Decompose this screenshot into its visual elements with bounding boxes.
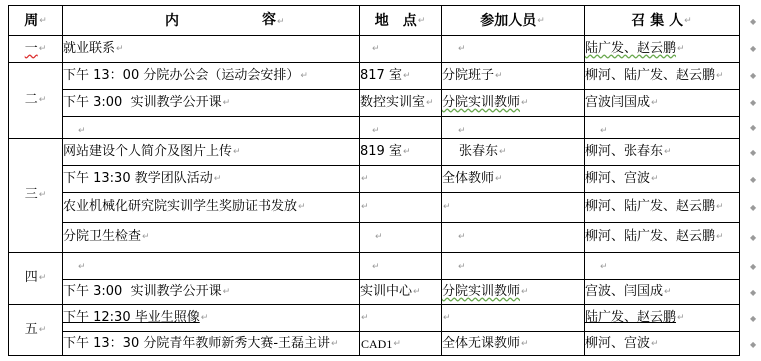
paragraph-mark-icon: ↵ <box>223 96 231 110</box>
paragraph-mark-icon: ↵ <box>361 172 369 186</box>
participants-cell: 分院实训教师↵ <box>442 279 529 304</box>
header-participants-label: 参加人员 <box>480 14 536 28</box>
location-text: 817 室 <box>360 69 402 83</box>
participants-text: 分院实训教师 <box>442 285 520 299</box>
day-label: 四 <box>25 271 38 285</box>
row-end-mark-icon: ◆ <box>750 123 756 132</box>
day-cell-fri: 五↵ <box>9 304 62 356</box>
paragraph-mark-icon: ↵ <box>677 311 685 325</box>
participants-cell: 张春东↵ <box>459 138 507 165</box>
paragraph-mark-icon: ↵ <box>651 337 659 351</box>
header-participants: 参加人员↵ <box>441 6 584 35</box>
participants-text: 全体教师 <box>442 172 494 186</box>
paragraph-mark-icon: ↵ <box>39 323 47 337</box>
row-end-mark-icon: ◆ <box>750 44 756 53</box>
paragraph-mark-icon: ↵ <box>331 337 339 351</box>
row-end-mark-icon: ◆ <box>750 288 756 297</box>
header-content-label-b: 容 <box>262 12 276 28</box>
header-content-label-a: 内 <box>165 14 179 28</box>
paragraph-mark-icon: ↵ <box>495 172 503 186</box>
convener-text: 陆广发、赵云鹏 <box>585 42 676 56</box>
convener-cell: 柳河、宫波↵ <box>585 331 659 356</box>
content-cell: 下午 13：30 分院青年教师新秀大赛-王磊主讲↵ <box>63 331 339 356</box>
location-cell: ↵ <box>371 35 380 62</box>
paragraph-mark-icon: ↵ <box>458 124 466 138</box>
paragraph-mark-icon: ↵ <box>664 145 672 159</box>
paragraph-mark-icon: ↵ <box>716 69 724 83</box>
paragraph-mark-icon: ↵ <box>495 69 503 83</box>
location-cell: ↵ <box>360 304 369 331</box>
content-text: 下午 3:00 实训教学公开课 <box>63 285 222 299</box>
paragraph-mark-icon: ↵ <box>716 230 724 244</box>
content-text: 下午 13:30 教学团队活动 <box>63 172 213 186</box>
day-label: 三 <box>25 188 38 202</box>
header-location-label: 地 点 <box>375 14 417 28</box>
paragraph-mark-icon: ↵ <box>443 200 451 214</box>
location-text: 数控实训室 <box>360 96 425 110</box>
paragraph-mark-icon: ↵ <box>499 145 507 159</box>
day-cell-thu: 四↵ <box>9 252 62 304</box>
paragraph-mark-icon: ↵ <box>716 200 724 214</box>
paragraph-mark-icon: ↵ <box>277 17 285 27</box>
convener-cell: ↵ <box>599 254 608 279</box>
content-cell: 下午 13：00 分院办公会（运动会安排）↵ <box>63 62 308 89</box>
content-text: 下午 13：00 分院办公会（运动会安排） <box>63 69 299 83</box>
convener-text: 柳河、张春东 <box>585 145 663 159</box>
participants-cell: 分院实训教师↵ <box>442 89 529 116</box>
paragraph-mark-icon: ↵ <box>39 93 47 107</box>
location-cell: ↵ <box>360 165 369 192</box>
participants-cell: ↵ <box>442 304 451 331</box>
paragraph-mark-icon: ↵ <box>418 14 426 28</box>
header-week: 周↵ <box>9 6 62 35</box>
paragraph-mark-icon: ↵ <box>39 42 47 56</box>
convener-cell: 宫波、闫国成↵ <box>585 279 672 304</box>
convener-cell: 柳河、陆广发、赵云鹏↵ <box>585 192 724 222</box>
paragraph-mark-icon: ↵ <box>39 188 47 202</box>
schedule-table: 周↵ 内 容↵ 地 点↵ 参加人员↵ 召 集 人↵ 一↵ 二↵ 三↵ 四↵ 五↵… <box>8 5 740 356</box>
paragraph-mark-icon: ↵ <box>298 200 306 214</box>
participants-text: 全体无课教师 <box>442 337 520 351</box>
paragraph-mark-icon: ↵ <box>201 311 209 325</box>
content-text: 下午 3:00 实训教学公开课 <box>63 96 222 110</box>
participants-text: 分院实训教师 <box>442 96 520 110</box>
content-text: 下午 12:30 毕业生照像 <box>63 311 200 325</box>
row-end-mark-icon: ◆ <box>750 262 756 271</box>
paragraph-mark-icon: ↵ <box>375 230 383 244</box>
convener-cell: 宫波闫国成↵ <box>585 89 659 116</box>
day-label: 一 <box>25 42 38 56</box>
row-divider <box>9 252 739 253</box>
location-cell: 819 室↵ <box>360 138 411 165</box>
location-cell: 数控实训室↵ <box>360 89 434 116</box>
header-content: 内 容↵ <box>62 6 359 35</box>
participants-cell: 全体无课教师↵ <box>442 331 529 356</box>
convener-text: 柳河、宫波 <box>585 172 650 186</box>
content-text: 网站建设个人简介及图片上传 <box>63 145 232 159</box>
content-cell: ↵ <box>77 254 86 279</box>
header-convener: 召 集 人↵ <box>584 6 739 35</box>
content-cell: 分院卫生检查↵ <box>63 222 150 252</box>
row-end-mark-icon: ◆ <box>750 17 756 26</box>
convener-cell: 陆广发、赵云鹏↵ <box>585 35 685 62</box>
convener-text: 宫波闫国成 <box>585 96 650 110</box>
paragraph-mark-icon: ↵ <box>223 285 231 299</box>
content-cell: 就业联系↵ <box>63 35 124 62</box>
paragraph-mark-icon: ↵ <box>233 145 241 159</box>
paragraph-mark-icon: ↵ <box>458 230 466 244</box>
convener-text: 柳河、宫波 <box>585 337 650 351</box>
day-cell-tue: 二↵ <box>9 62 62 138</box>
content-cell: 下午 3:00 实训教学公开课↵ <box>63 279 230 304</box>
content-text: 分院卫生检查 <box>63 230 141 244</box>
paragraph-mark-icon: ↵ <box>537 14 545 28</box>
day-cell-wed: 三↵ <box>9 138 62 252</box>
location-cell: CAD1↵ <box>361 331 401 356</box>
header-week-label: 周 <box>24 14 38 28</box>
paragraph-mark-icon: ↵ <box>372 42 380 56</box>
day-label: 二 <box>25 93 38 107</box>
row-divider <box>62 116 739 117</box>
paragraph-mark-icon: ↵ <box>677 42 685 56</box>
participants-cell: ↵ <box>442 192 451 222</box>
participants-cell: ↵ <box>457 222 466 252</box>
paragraph-mark-icon: ↵ <box>372 124 380 138</box>
location-cell: 817 室↵ <box>360 62 411 89</box>
participants-cell: ↵ <box>457 254 466 279</box>
convener-cell: 柳河、张春东↵ <box>585 138 672 165</box>
content-text: 就业联系 <box>63 42 115 56</box>
convener-cell: 陆广发、赵云鹏↵ <box>585 304 685 331</box>
content-cell: 下午 3:00 实训教学公开课↵ <box>63 89 230 116</box>
convener-cell: 柳河、陆广发、赵云鹏↵ <box>585 222 724 252</box>
content-cell: 下午 12:30 毕业生照像↵ <box>63 304 208 331</box>
location-cell: ↵ <box>360 192 369 222</box>
paragraph-mark-icon: ↵ <box>361 311 369 325</box>
paragraph-mark-icon: ↵ <box>142 230 150 244</box>
paragraph-mark-icon: ↵ <box>413 285 421 299</box>
paragraph-mark-icon: ↵ <box>39 14 47 28</box>
paragraph-mark-icon: ↵ <box>651 96 659 110</box>
content-text: 下午 13：30 分院青年教师新秀大赛-王磊主讲 <box>63 337 330 351</box>
paragraph-mark-icon: ↵ <box>403 145 411 159</box>
row-end-mark-icon: ◆ <box>750 148 756 157</box>
paragraph-mark-icon: ↵ <box>651 172 659 186</box>
participants-cell: 全体教师↵ <box>442 165 503 192</box>
paragraph-mark-icon: ↵ <box>684 14 692 28</box>
paragraph-mark-icon: ↵ <box>214 172 222 186</box>
row-end-mark-icon: ◆ <box>750 314 756 323</box>
day-label: 五 <box>25 323 38 337</box>
location-cell: 实训中心↵ <box>360 279 421 304</box>
paragraph-mark-icon: ↵ <box>361 200 369 214</box>
header-convener-label: 召 集 人 <box>631 14 683 28</box>
convener-cell: 柳河、宫波↵ <box>585 165 659 192</box>
participants-cell: ↵ <box>457 35 466 62</box>
location-text: 819 室 <box>360 145 402 159</box>
paragraph-mark-icon: ↵ <box>521 96 529 110</box>
paragraph-mark-icon: ↵ <box>443 311 451 325</box>
location-cell: ↵ <box>374 222 383 252</box>
convener-text: 柳河、陆广发、赵云鹏 <box>585 230 715 244</box>
paragraph-mark-icon: ↵ <box>458 260 466 274</box>
paragraph-mark-icon: ↵ <box>664 285 672 299</box>
row-end-mark-icon: ◆ <box>750 175 756 184</box>
paragraph-mark-icon: ↵ <box>600 260 608 274</box>
paragraph-mark-icon: ↵ <box>393 337 401 351</box>
row-end-mark-icon: ◆ <box>750 233 756 242</box>
paragraph-mark-icon: ↵ <box>39 271 47 285</box>
paragraph-mark-icon: ↵ <box>78 124 86 138</box>
participants-text: 分院班子 <box>442 69 494 83</box>
paragraph-mark-icon: ↵ <box>600 124 608 138</box>
convener-text: 柳河、陆广发、赵云鹏 <box>585 69 715 83</box>
paragraph-mark-icon: ↵ <box>426 96 434 110</box>
row-end-mark-icon: ◆ <box>750 203 756 212</box>
location-text: CAD1 <box>361 337 392 351</box>
participants-cell: 分院班子↵ <box>442 62 503 89</box>
paragraph-mark-icon: ↵ <box>116 42 124 56</box>
convener-text: 柳河、陆广发、赵云鹏 <box>585 200 715 214</box>
content-text: 农业机械化研究院实训学生奖励证书发放 <box>63 200 297 214</box>
convener-cell: 柳河、陆广发、赵云鹏↵ <box>585 62 724 89</box>
paragraph-mark-icon: ↵ <box>372 260 380 274</box>
location-text: 实训中心 <box>360 285 412 299</box>
row-end-mark-icon: ◆ <box>750 71 756 80</box>
convener-text: 陆广发、赵云鹏 <box>585 311 676 325</box>
paragraph-mark-icon: ↵ <box>521 337 529 351</box>
day-cell-mon: 一↵ <box>9 35 62 62</box>
row-end-mark-icon: ◆ <box>750 98 756 107</box>
paragraph-mark-icon: ↵ <box>403 69 411 83</box>
header-location: 地 点↵ <box>359 6 441 35</box>
content-cell: 网站建设个人简介及图片上传↵ <box>63 138 241 165</box>
content-cell: 农业机械化研究院实训学生奖励证书发放↵ <box>63 192 306 222</box>
paragraph-mark-icon: ↵ <box>78 260 86 274</box>
convener-text: 宫波、闫国成 <box>585 285 663 299</box>
paragraph-mark-icon: ↵ <box>458 42 466 56</box>
paragraph-mark-icon: ↵ <box>300 69 308 83</box>
row-end-mark-icon: ◆ <box>750 340 756 349</box>
content-cell: 下午 13:30 教学团队活动↵ <box>63 165 221 192</box>
paragraph-mark-icon: ↵ <box>521 285 529 299</box>
participants-text: 张春东 <box>459 145 498 159</box>
location-cell: ↵ <box>371 254 380 279</box>
